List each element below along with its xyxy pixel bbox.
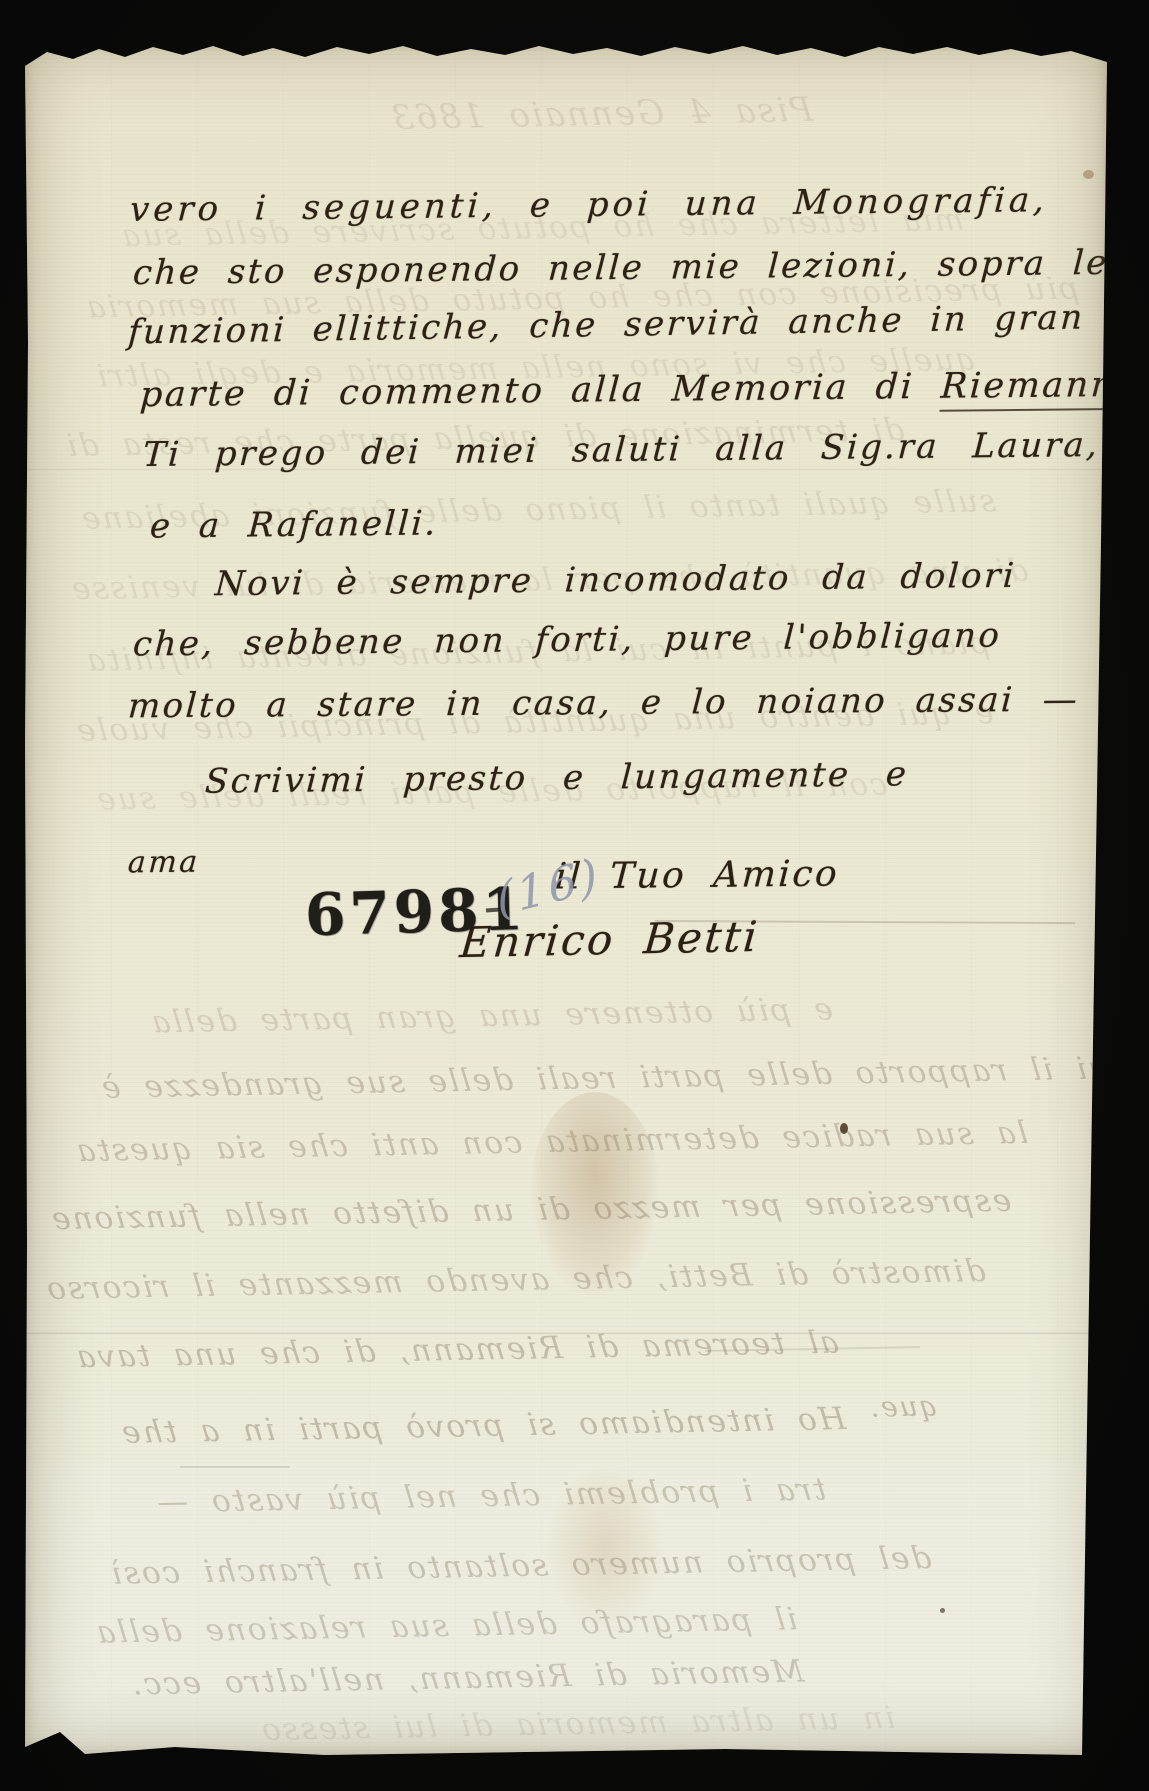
ghost-line: Ho intendiamo si provò parti in a the (118, 1401, 847, 1451)
paper-sheet: Pisa 4 Gennaio 1863 mia lettera che ho p… (25, 42, 1107, 1755)
ghost-underline (180, 1466, 290, 1468)
ghost-line: del proprio numero soltanto in franchi c… (108, 1540, 933, 1592)
letter-line: e a Rafanelli. (149, 503, 439, 546)
ghost-line: e più ottenere una gran parte della (148, 991, 834, 1040)
letter-line-text: parte di commento alla Memoria di (139, 367, 942, 415)
ghost-line: tra i problemi che nel più vasto — (153, 1472, 828, 1521)
ghost-line: Pisa 4 Gennaio 1863 (388, 90, 815, 138)
letter-line: Scrivimi presto e lungamente e (204, 754, 910, 801)
underlined-word-riemann: Riemann. (939, 365, 1130, 412)
ghost-line: il paragrafo della sua relazione della (93, 1601, 799, 1650)
ghost-line: cui il rapporto delle parti reali delle … (98, 1050, 1130, 1106)
ghost-line: dimostrò di Betti, che avendo mezzante i… (43, 1253, 987, 1307)
foxing-spot (1083, 170, 1094, 179)
ghost-line: al teorema di Riemann, di che una tava (73, 1325, 840, 1376)
ink-speck (940, 1608, 945, 1613)
letter-line: molto a stare in casa, e lo noiano assai… (127, 680, 1081, 727)
ghost-line: in un altra memoria di lui stesso (258, 1700, 897, 1748)
ghost-line: espressione per mezzo di un difetto nell… (48, 1183, 1013, 1237)
ghost-line: la sua radice determinata con anti che s… (73, 1115, 1029, 1169)
photo-background: Pisa 4 Gennaio 1863 mia lettera che ho p… (0, 0, 1149, 1791)
letter-line: ama (127, 845, 201, 881)
letter-line: Novi è sempre incomodato da dolori (214, 556, 1018, 604)
ghost-line: Memoria di Riemann, nell'altro ecc. (128, 1654, 805, 1703)
ghost-line: que. (866, 1389, 939, 1423)
